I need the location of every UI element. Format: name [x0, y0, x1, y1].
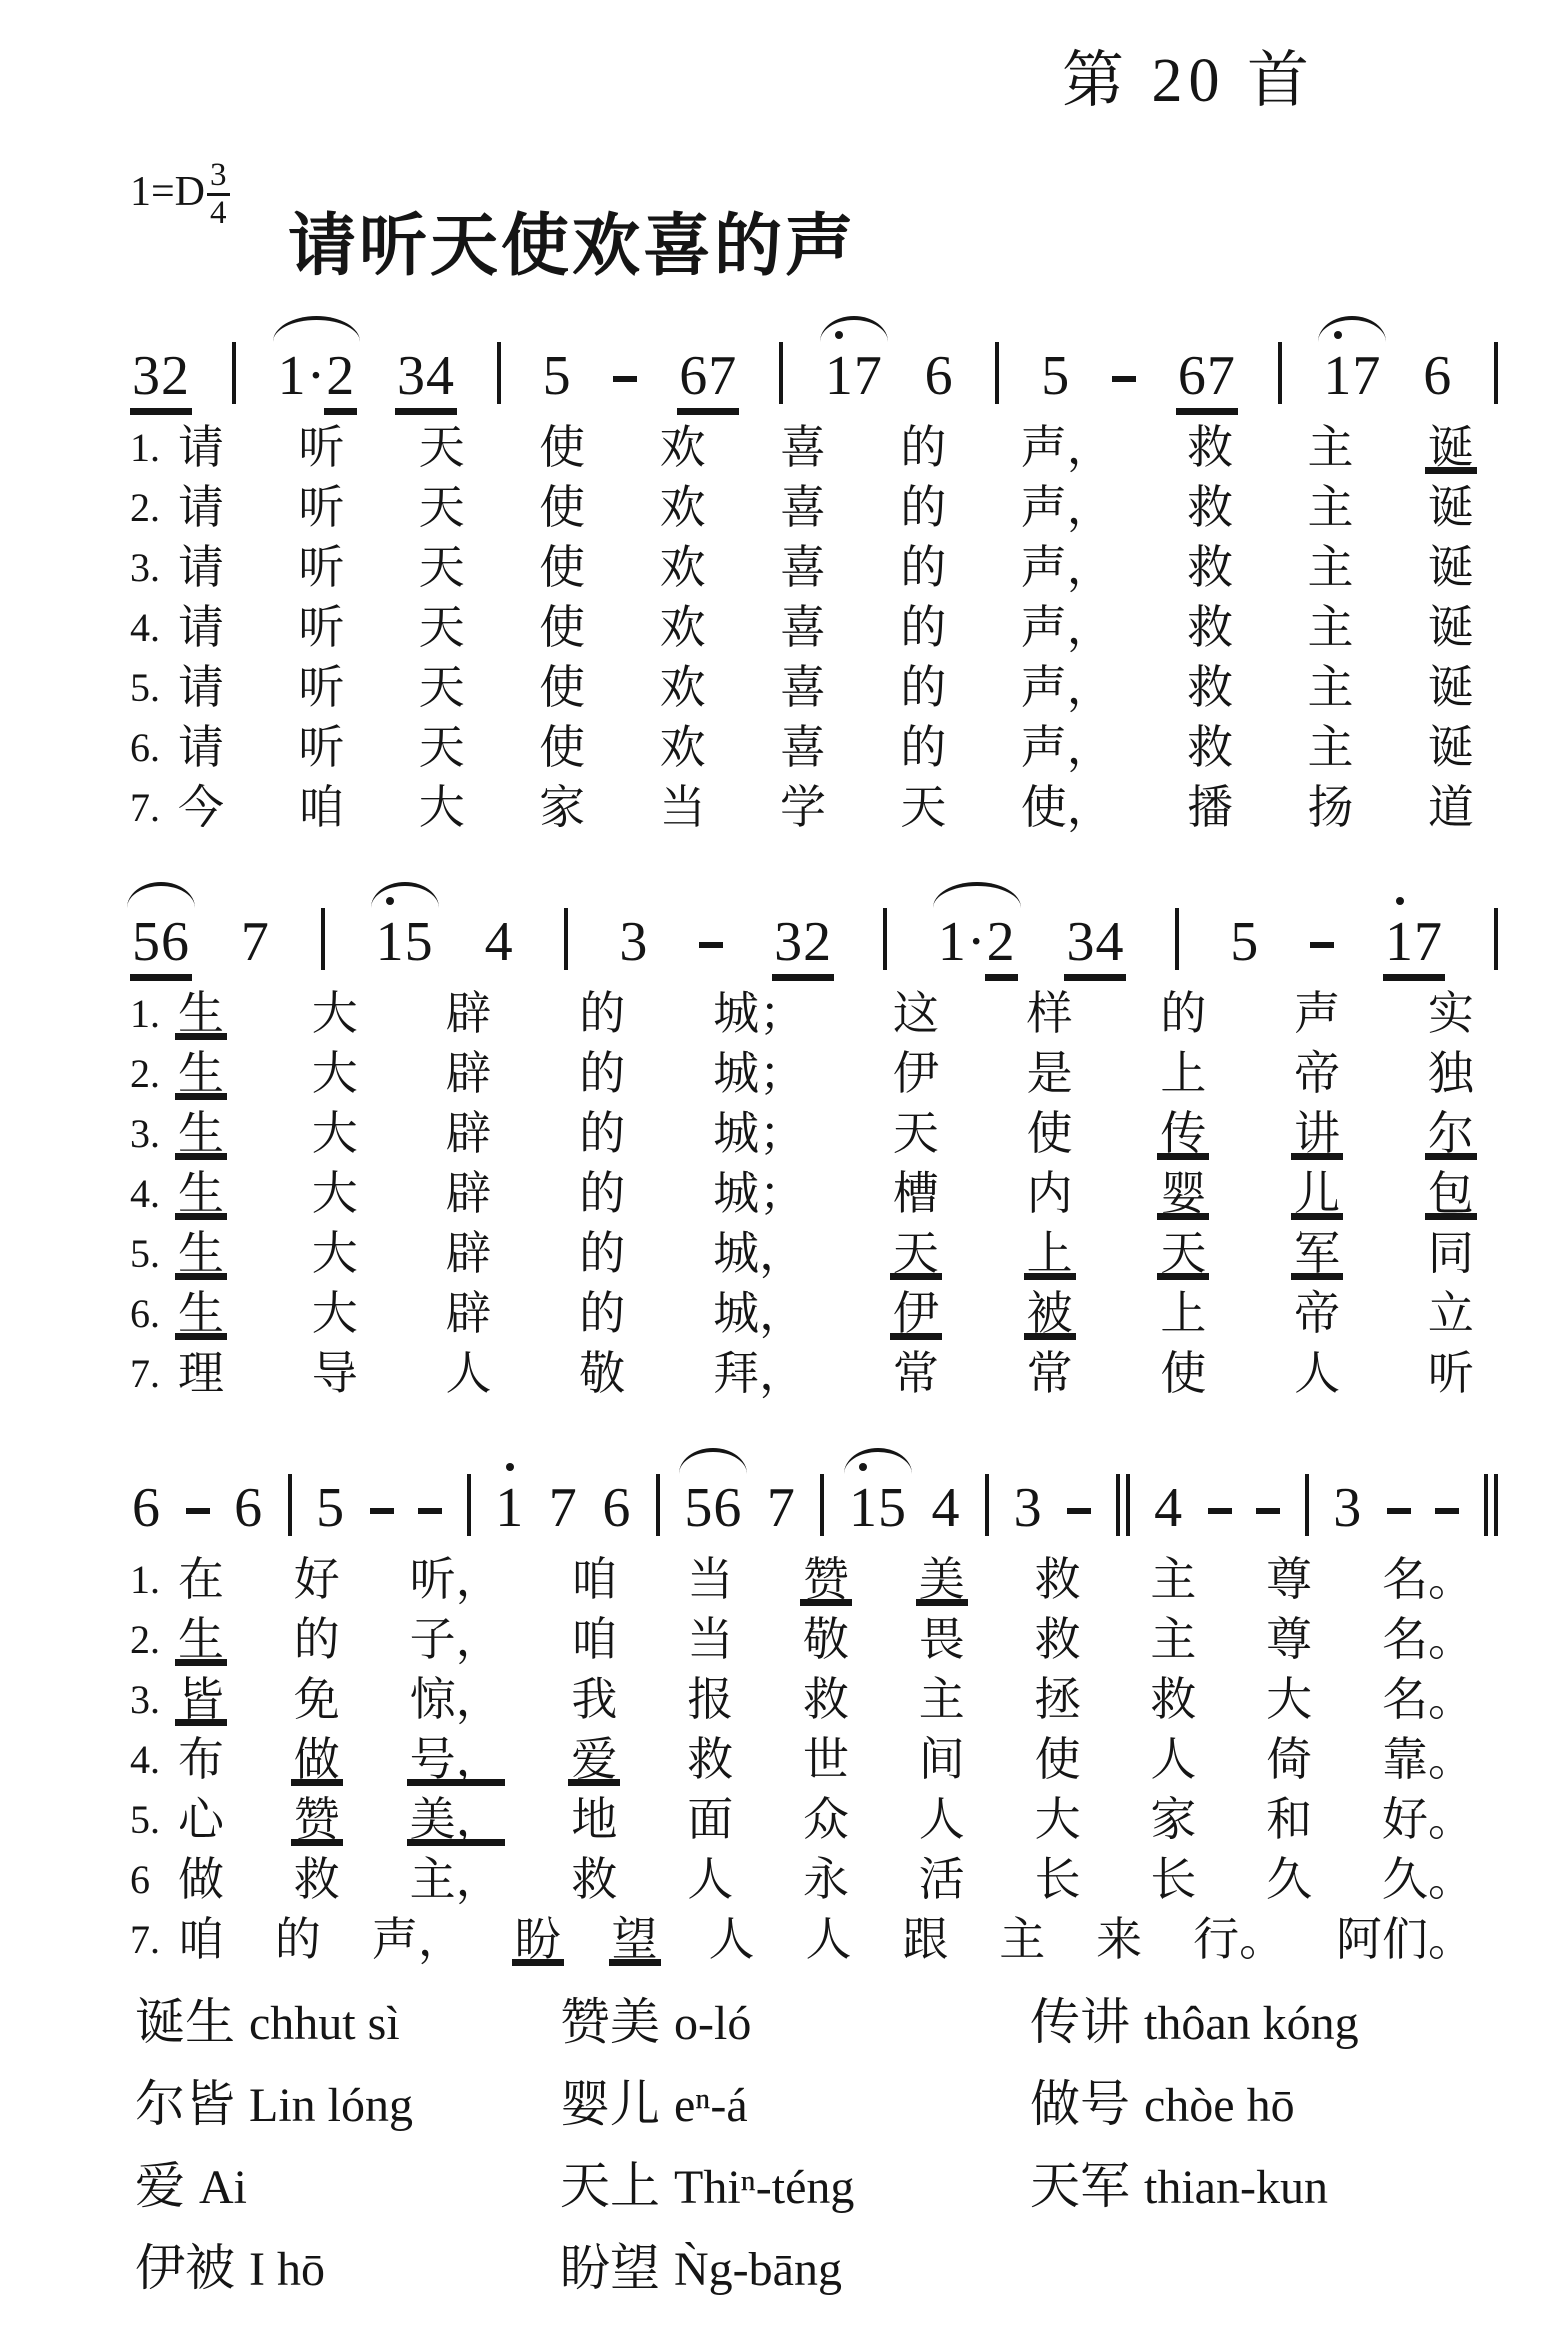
lyric-syllable: 使 — [539, 480, 585, 536]
verse-lyrics: 生的子，咱当敬畏救主尊名。 — [178, 1612, 1502, 1668]
lyric-syllable: 跟 — [902, 1912, 948, 1968]
glossary-item: 尔皆Lin lóng — [135, 2064, 560, 2146]
romanization: chhut sì — [249, 1996, 400, 2051]
lyric-syllable: 使 — [1035, 1732, 1081, 1788]
lyric-syllable: 当 — [687, 1612, 733, 1668]
lyric-syllable: 使 — [539, 720, 585, 776]
lyric-syllable: 天 — [419, 480, 465, 536]
note-digit: 1 — [849, 1480, 878, 1536]
duration-dash — [186, 1508, 210, 1514]
barline — [1126, 1474, 1130, 1536]
notation-line: 321·234567176567176 — [130, 300, 1502, 420]
lyric-syllable: 听 — [298, 600, 344, 656]
lyric-syllable: 辟 — [446, 1226, 492, 1282]
lyric-syllable: 城； — [713, 986, 805, 1042]
lyric-syllable: 使， — [1021, 780, 1113, 836]
duration-dash — [1112, 376, 1136, 382]
lyric-syllable: 同 — [1428, 1226, 1474, 1282]
verse-row: 2.生的子，咱当敬畏救主尊名。 — [130, 1612, 1502, 1672]
verse-lyrics: 做救主，救人永活长长久久。 — [178, 1852, 1502, 1908]
note: 15 — [376, 914, 434, 970]
lyric-syllable: 喜 — [780, 660, 826, 716]
verse-number: 3. — [130, 1106, 178, 1162]
verse-number: 6 — [130, 1852, 178, 1908]
note: 6 — [925, 348, 954, 404]
lyric-syllable: 生 — [178, 1286, 224, 1342]
glossary-item: 传讲thôan kóng — [1030, 1982, 1495, 2064]
lyric-syllable: 诞 — [1428, 480, 1474, 536]
lyric-syllable: 声， — [1021, 480, 1113, 536]
duration-dash — [1208, 1508, 1232, 1514]
note-digit: 34 — [397, 348, 455, 404]
barline — [497, 342, 501, 404]
verse-lyrics: 请听天使欢喜的声，救主诞 — [178, 660, 1502, 716]
glossary: 诞生chhut sì尔皆Lin lóng爱Ai伊被I hō赞美o-ló婴儿eⁿ-… — [135, 1982, 1495, 2310]
verse-lyrics: 布做号，爱救世间使人倚靠。 — [178, 1732, 1502, 1788]
note-digit: 4 — [485, 914, 514, 970]
note-digit: 1 — [1323, 348, 1352, 404]
lyric-syllable: 大 — [312, 1046, 358, 1102]
note: 6 — [1423, 348, 1452, 404]
barline — [779, 342, 783, 404]
lyric-syllable: 大 — [312, 986, 358, 1042]
lyric-syllable: 常 — [893, 1346, 939, 1402]
note: 32 — [132, 348, 190, 404]
verse-row: 3.请听天使欢喜的声，救主诞 — [130, 540, 1502, 600]
lyric-syllable: 免 — [294, 1672, 340, 1728]
lyric-syllable: 做 — [178, 1852, 224, 1908]
lyric-syllable: 请 — [178, 420, 224, 476]
verse-lyrics: 咱的声，盼望人人跟主来行。阿们。 — [178, 1912, 1502, 1968]
lyric-syllable: 诞 — [1428, 420, 1474, 476]
barline — [1494, 908, 1498, 970]
note-digit: 32 — [132, 348, 190, 404]
lyric-syllable: 军 — [1294, 1226, 1340, 1282]
key-signature-label: 1=D — [130, 168, 205, 216]
lyric-syllable: 来 — [1096, 1912, 1142, 1968]
lyric-syllable: 拜， — [713, 1346, 805, 1402]
barline — [1175, 908, 1179, 970]
hanzi-term: 天上 — [560, 2146, 660, 2218]
lyric-syllable: 天 — [1160, 1226, 1206, 1282]
lyric-syllable: 欢 — [660, 720, 706, 776]
lyric-syllable: 尊 — [1266, 1612, 1312, 1668]
note: 17 — [825, 348, 883, 404]
lyric-syllable: 听 — [298, 480, 344, 536]
note: 17 — [1385, 914, 1443, 970]
lyric-syllable: 拯 — [1035, 1672, 1081, 1728]
verse-number: 1. — [130, 1552, 178, 1608]
verse-number: 2. — [130, 1612, 178, 1668]
lyric-syllable: 的 — [900, 420, 946, 476]
lyric-syllable: 听 — [298, 660, 344, 716]
lyric-syllable: 诞 — [1428, 540, 1474, 596]
lyric-syllable: 尊 — [1266, 1552, 1312, 1608]
lyric-syllable: 伊 — [893, 1286, 939, 1342]
lyric-syllable: 声 — [1294, 986, 1340, 1042]
lyric-syllable: 好。 — [1382, 1792, 1474, 1848]
verse-lyrics: 请听天使欢喜的声，救主诞 — [178, 480, 1502, 536]
verse-number: 7. — [130, 780, 178, 836]
note-digit: 1 — [1385, 914, 1414, 970]
lyric-syllable: 理 — [178, 1346, 224, 1402]
lyric-syllable: 救 — [803, 1672, 849, 1728]
verse-lyrics: 生大辟的城，伊被上帝立 — [178, 1286, 1502, 1342]
lyric-syllable: 喜 — [780, 540, 826, 596]
barline — [232, 342, 236, 404]
lyric-syllable: 人 — [709, 1912, 755, 1968]
lyric-syllable: 请 — [178, 600, 224, 656]
glossary-item: 盼望Ǹg-bāng — [560, 2228, 1030, 2310]
lyric-syllable: 咱 — [178, 1912, 224, 1968]
lyric-syllable: 儿 — [1294, 1166, 1340, 1222]
verse-number: 3. — [130, 1672, 178, 1728]
note-digit: 1· — [938, 914, 987, 970]
lyric-syllable: 城， — [713, 1226, 805, 1282]
lyric-syllable: 我 — [571, 1672, 617, 1728]
hanzi-term: 尔皆 — [135, 2064, 235, 2136]
verse-lyrics: 请听天使欢喜的声，救主诞 — [178, 720, 1502, 776]
verse-lyrics: 皆免惊，我报救主拯救大名。 — [178, 1672, 1502, 1728]
note-digit: 7 — [241, 914, 270, 970]
note: 6 — [602, 1480, 631, 1536]
music-system-3: 6651765671543431.在好听，咱当赞美救主尊名。2.生的子，咱当敬畏… — [130, 1432, 1502, 1972]
verse-lyrics: 理导人敬拜，常常使人听 — [178, 1346, 1502, 1402]
lyric-syllable: 听 — [298, 420, 344, 476]
lyric-syllable: 上 — [1160, 1286, 1206, 1342]
note-digit: 5 — [405, 914, 434, 970]
verse-row: 6.生大辟的城，伊被上帝立 — [130, 1286, 1502, 1346]
note: 7 — [549, 1480, 578, 1536]
lyric-syllable: 生 — [178, 1226, 224, 1282]
lyric-syllable: 主 — [999, 1912, 1045, 1968]
lyric-syllable: 诞 — [1428, 600, 1474, 656]
lyric-syllable: 救 — [1187, 480, 1233, 536]
barline — [1484, 1474, 1488, 1536]
note: 7 — [241, 914, 270, 970]
lyric-syllable: 倚 — [1266, 1732, 1312, 1788]
lyric-syllable: 皆 — [178, 1672, 224, 1728]
lyric-syllable: 生 — [178, 1106, 224, 1162]
hanzi-term: 盼望 — [560, 2228, 660, 2300]
hanzi-term: 诞生 — [135, 1982, 235, 2054]
barline — [656, 1474, 660, 1536]
verse-row: 4.请听天使欢喜的声，救主诞 — [130, 600, 1502, 660]
note: 32 — [774, 914, 832, 970]
lyric-syllable: 大 — [312, 1106, 358, 1162]
lyric-syllable: 主 — [1150, 1552, 1196, 1608]
lyric-syllable: 立 — [1428, 1286, 1474, 1342]
lyric-syllable: 久 — [1266, 1852, 1312, 1908]
music-system-1: 321·2345671765671761.请听天使欢喜的声，救主诞2.请听天使欢… — [130, 300, 1502, 840]
lyric-syllable: 主 — [919, 1672, 965, 1728]
verse-number: 4. — [130, 600, 178, 656]
barline — [995, 342, 999, 404]
note: 1 — [495, 1480, 524, 1536]
lyric-syllable: 独 — [1428, 1046, 1474, 1102]
lyric-syllable: 救 — [1187, 600, 1233, 656]
lyric-syllable: 天 — [419, 420, 465, 476]
romanization: Ǹg-bāng — [674, 2242, 842, 2297]
barline — [883, 908, 887, 970]
note: 67 — [679, 348, 737, 404]
lyric-syllable: 望 — [612, 1912, 658, 1968]
lyric-syllable: 惊， — [410, 1672, 502, 1728]
lyric-syllable: 声， — [1021, 660, 1113, 716]
verse-row: 6做救主，救人永活长长久久。 — [130, 1852, 1502, 1912]
barline — [564, 908, 568, 970]
lyric-syllable: 使 — [539, 420, 585, 476]
lyric-syllable: 大 — [1266, 1672, 1312, 1728]
key-signature: 1=D 3 4 — [130, 168, 230, 240]
barline — [321, 908, 325, 970]
lyric-syllable: 众 — [803, 1792, 849, 1848]
lyric-syllable: 的 — [275, 1912, 321, 1968]
note: 56 — [684, 1480, 742, 1536]
lyric-syllable: 城， — [713, 1286, 805, 1342]
lyric-syllable: 行。 — [1193, 1912, 1285, 1968]
lyric-syllable: 欢 — [660, 420, 706, 476]
lyric-syllable: 欢 — [660, 540, 706, 596]
lyric-syllable: 救 — [571, 1852, 617, 1908]
verse-number: 1. — [130, 420, 178, 476]
lyric-syllable: 声， — [1021, 720, 1113, 776]
lyric-syllable: 诞 — [1428, 720, 1474, 776]
lyric-syllable: 婴 — [1160, 1166, 1206, 1222]
duration-dash — [699, 942, 723, 948]
lyric-syllable: 心 — [178, 1792, 224, 1848]
lyric-syllable: 人 — [919, 1792, 965, 1848]
lyric-syllable: 做 — [294, 1732, 340, 1788]
lyric-syllable: 请 — [178, 480, 224, 536]
lyric-syllable: 今 — [178, 780, 224, 836]
verse-number: 7. — [130, 1346, 178, 1402]
verse-row: 3.生大辟的城；天使传讲尔 — [130, 1106, 1502, 1166]
note: 4 — [932, 1480, 961, 1536]
lyric-syllable: 名。 — [1382, 1672, 1474, 1728]
lyric-syllable: 好 — [294, 1552, 340, 1608]
verse-row: 7.理导人敬拜，常常使人听 — [130, 1346, 1502, 1406]
lyric-syllable: 盼 — [515, 1912, 561, 1968]
lyric-syllable: 主， — [410, 1852, 502, 1908]
double-barline — [1116, 1474, 1130, 1536]
note: 1·2 — [938, 914, 1016, 970]
lyric-syllable: 大 — [419, 780, 465, 836]
lyric-syllable: 的 — [900, 480, 946, 536]
lyric-syllable: 久。 — [1382, 1852, 1474, 1908]
lyric-syllable: 包 — [1428, 1166, 1474, 1222]
note: 34 — [1066, 914, 1124, 970]
lyric-syllable: 使 — [1160, 1346, 1206, 1402]
note: 1·2 — [278, 348, 356, 404]
lyric-syllable: 主 — [1308, 720, 1354, 776]
note-digit: 32 — [774, 914, 832, 970]
lyric-syllable: 声， — [1021, 540, 1113, 596]
note-digit: 3 — [1333, 1480, 1362, 1536]
verse-row: 1.请听天使欢喜的声，救主诞 — [130, 420, 1502, 480]
verse-number: 3. — [130, 540, 178, 596]
note-digit: 34 — [1066, 914, 1124, 970]
note-digit: 7 — [767, 1480, 796, 1536]
verse-lyrics: 生大辟的城；槽内婴儿包 — [178, 1166, 1502, 1222]
time-signature-denominator: 4 — [207, 193, 230, 231]
notation-line: 665176567154343 — [130, 1432, 1502, 1552]
lyric-syllable: 听 — [298, 720, 344, 776]
lyric-syllable: 的 — [579, 1226, 625, 1282]
lyric-syllable: 永 — [803, 1852, 849, 1908]
lyric-syllable: 城； — [713, 1166, 805, 1222]
lyric-syllable: 喜 — [780, 480, 826, 536]
verse-row: 4.布做号，爱救世间使人倚靠。 — [130, 1732, 1502, 1792]
barline — [288, 1474, 292, 1536]
verse-lyrics: 心赞美，地面众人大家和好。 — [178, 1792, 1502, 1848]
lyric-syllable: 主 — [1308, 480, 1354, 536]
lyric-syllable: 敬 — [803, 1612, 849, 1668]
lyric-syllable: 救 — [294, 1852, 340, 1908]
lyric-syllable: 的 — [579, 1166, 625, 1222]
systems: 321·2345671765671761.请听天使欢喜的声，救主诞2.请听天使欢… — [130, 300, 1502, 1998]
note: 5 — [1230, 914, 1259, 970]
duration-dash — [1387, 1508, 1411, 1514]
hanzi-term: 爱 — [135, 2146, 185, 2218]
glossary-item: 天军thian-kun — [1030, 2146, 1495, 2228]
duration-dash — [418, 1508, 442, 1514]
lyric-syllable: 和 — [1266, 1792, 1312, 1848]
lyric-syllable: 赞 — [294, 1792, 340, 1848]
verse-row: 3.皆免惊，我报救主拯救大名。 — [130, 1672, 1502, 1732]
page-title: 请听天使欢喜的声 — [288, 192, 856, 289]
hanzi-term: 赞美 — [560, 1982, 660, 2054]
verse-number: 6. — [130, 720, 178, 776]
note-digit: 5 — [878, 1480, 907, 1536]
lyric-syllable: 大 — [312, 1286, 358, 1342]
note-digit: 7 — [1352, 348, 1381, 404]
lyric-syllable: 主 — [1308, 600, 1354, 656]
note: 6 — [132, 1480, 161, 1536]
glossary-column-3: 传讲thôan kóng做号chòe hō天军thian-kun — [1030, 1982, 1495, 2310]
hymn-number: 第 20 首 — [1062, 30, 1315, 119]
lyric-syllable: 天 — [419, 600, 465, 656]
lyric-syllable: 城； — [713, 1046, 805, 1102]
lyric-syllable: 使 — [539, 540, 585, 596]
lyric-syllable: 大 — [1035, 1792, 1081, 1848]
note: 17 — [1323, 348, 1381, 404]
barline — [1494, 342, 1498, 404]
barline — [820, 1474, 824, 1536]
lyric-syllable: 人 — [446, 1346, 492, 1402]
lyric-syllable: 间 — [919, 1732, 965, 1788]
lyric-syllable: 的 — [1160, 986, 1206, 1042]
lyric-syllable: 主 — [1150, 1612, 1196, 1668]
note-digit: 5 — [1230, 914, 1259, 970]
lyric-syllable: 救 — [1035, 1612, 1081, 1668]
lyric-syllable: 大 — [312, 1226, 358, 1282]
lyric-syllable: 讲 — [1294, 1106, 1340, 1162]
note-digit: 3 — [1014, 1480, 1043, 1536]
lyric-syllable: 帝 — [1294, 1286, 1340, 1342]
verse-lyrics: 生大辟的城；伊是上帝独 — [178, 1046, 1502, 1102]
glossary-item: 诞生chhut sì — [135, 1982, 560, 2064]
verse-lyrics: 生大辟的城；天使传讲尔 — [178, 1106, 1502, 1162]
lyric-syllable: 天 — [419, 540, 465, 596]
romanization: eⁿ-á — [674, 2078, 748, 2133]
lyric-syllable: 听 — [1428, 1346, 1474, 1402]
verse-lyrics: 在好听，咱当赞美救主尊名。 — [178, 1552, 1502, 1608]
lyric-syllable: 靠。 — [1382, 1732, 1474, 1788]
lyric-syllable: 家 — [539, 780, 585, 836]
lyric-syllable: 样 — [1027, 986, 1073, 1042]
lyric-syllable: 天 — [419, 660, 465, 716]
lyric-syllable: 地 — [571, 1792, 617, 1848]
lyric-syllable: 常 — [1027, 1346, 1073, 1402]
notation-line: 5671543321·234517 — [130, 866, 1502, 986]
lyric-syllable: 请 — [178, 540, 224, 596]
lyric-syllable: 报 — [687, 1672, 733, 1728]
note-digit: 67 — [1178, 348, 1236, 404]
lyric-syllable: 喜 — [780, 720, 826, 776]
note-digit: 6 — [602, 1480, 631, 1536]
note-digit: 7 — [854, 348, 883, 404]
note-digit: 4 — [932, 1480, 961, 1536]
lyric-syllable: 天 — [419, 720, 465, 776]
romanization: I hō — [249, 2242, 325, 2297]
lyric-syllable: 城； — [713, 1106, 805, 1162]
note: 3 — [619, 914, 648, 970]
verse-number: 7. — [130, 1912, 178, 1968]
duration-dash — [1256, 1508, 1280, 1514]
verse-number: 5. — [130, 1226, 178, 1282]
note: 3 — [1333, 1480, 1362, 1536]
note: 5 — [1041, 348, 1070, 404]
note: 56 — [132, 914, 190, 970]
lyric-syllable: 声， — [1021, 420, 1113, 476]
verse-lyrics: 请听天使欢喜的声，救主诞 — [178, 420, 1502, 476]
verse-row: 1.在好听，咱当赞美救主尊名。 — [130, 1552, 1502, 1612]
lyric-syllable: 救 — [1150, 1672, 1196, 1728]
lyric-syllable: 面 — [687, 1792, 733, 1848]
note-digit: 1· — [278, 348, 327, 404]
lyric-syllable: 声， — [1021, 600, 1113, 656]
note-digit: 7 — [549, 1480, 578, 1536]
hanzi-term: 天军 — [1030, 2146, 1130, 2218]
lyric-syllable: 欢 — [660, 660, 706, 716]
lyric-syllable: 播 — [1187, 780, 1233, 836]
lyric-syllable: 的 — [900, 600, 946, 656]
note: 34 — [397, 348, 455, 404]
lyric-syllable: 救 — [1187, 420, 1233, 476]
note-digit: 1 — [495, 1480, 524, 1536]
lyric-syllable: 当 — [660, 780, 706, 836]
lyric-syllable: 辟 — [446, 1106, 492, 1162]
lyric-syllable: 学 — [780, 780, 826, 836]
lyric-syllable: 生 — [178, 1166, 224, 1222]
note-digit: 3 — [619, 914, 648, 970]
glossary-item: 天上Thiⁿ-téng — [560, 2146, 1030, 2228]
lyric-syllable: 畏 — [919, 1612, 965, 1668]
lyric-syllable: 喜 — [780, 600, 826, 656]
hanzi-term: 做号 — [1030, 2064, 1130, 2136]
verse-number: 2. — [130, 1046, 178, 1102]
lyric-syllable: 救 — [1187, 720, 1233, 776]
lyric-syllable: 当 — [687, 1552, 733, 1608]
music-system-2: 5671543321·2345171.生大辟的城；这样的声实2.生大辟的城；伊是… — [130, 866, 1502, 1406]
lyric-syllable: 辟 — [446, 1166, 492, 1222]
lyric-syllable: 帝 — [1294, 1046, 1340, 1102]
duration-dash — [613, 376, 637, 382]
lyric-syllable: 子， — [410, 1612, 502, 1668]
lyric-syllable: 导 — [312, 1346, 358, 1402]
lyric-syllable: 辟 — [446, 1286, 492, 1342]
